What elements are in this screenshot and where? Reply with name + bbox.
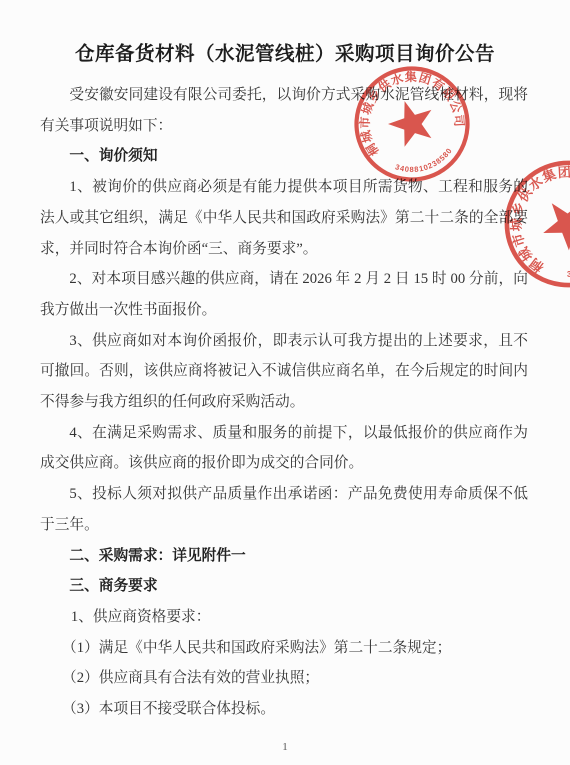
section-1-item-5: 5、投标人须对拟供产品质量作出承诺函：产品免费使用寿命质保不低于三年。 [40,479,528,540]
page-number: 1 [0,741,570,753]
section-1-item-4: 4、在满足采购需求、质量和服务的前提下，以最低报价的供应商作为成交供应商。该供应… [40,418,528,479]
qualification-item-1: （1）满足《中华人民共和国政府采购法》第二十二条规定； [40,633,528,664]
section-1-item-3: 3、供应商如对本询价函报价，即表示认可我方提出的上述要求，且不可撤回。否则，该供… [40,326,528,418]
section-1-item-1: 1、被询价的供应商必须是有能力提供本项目所需货物、工程和服务的法人或其它组织，满… [40,172,528,264]
section-1-item-2: 2、对本项目感兴趣的供应商，请在 2026 年 2 月 2 日 15 时 00 … [40,264,528,325]
page-title: 仓库备货材料（水泥管线桩）采购项目询价公告 [0,38,570,66]
document-body: 受安徽安同建设有限公司委托，以询价方式采购水泥管线桩材料，现将有关事项说明如下：… [40,80,528,725]
section-3-heading: 三、商务要求 [40,571,528,602]
section-2-heading: 二、采购需求：详见附件一 [40,541,528,572]
seal-registration-code: 3408810238580 [562,230,570,289]
qualification-intro: 1、供应商资格要求： [40,602,528,633]
star-icon [532,188,570,257]
section-1-heading: 一、询价须知 [40,141,528,172]
scanned-document-page: { "document": { "title": "仓库备货材料（水泥管线桩）采… [0,0,570,765]
qualification-item-3: （3）本项目不接受联合体投标。 [40,694,528,725]
intro-paragraph: 受安徽安同建设有限公司委托，以询价方式采购水泥管线桩材料，现将有关事项说明如下： [40,80,528,141]
qualification-item-2: （2）供应商具有合法有效的营业执照； [40,663,528,694]
